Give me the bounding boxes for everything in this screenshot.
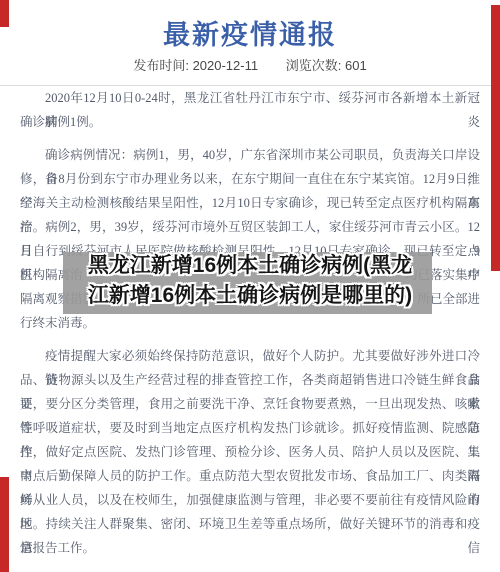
watermark-title-line1: 黑龙江新增16例本土确诊病例(黑龙 (30, 251, 470, 281)
text-line: 确诊病例情况：病例1，男，40岁，广东省深圳市某公司职员，负责海关口岸设备维 (20, 143, 480, 167)
publish-date-label: 发布时间: (133, 58, 189, 73)
watermark-title-line2: 江新增16例本土确诊病例是哪里的) (30, 281, 470, 311)
text-line: 2020年12月10日0-24时，黑龙江省牡丹江市东宁市、绥芬河市各新增本土新冠… (20, 86, 480, 110)
text-line: 品、货物源头以及生产经营过程的排查管控工作，各类商超销售进口冷链生鲜食品要索 (20, 368, 480, 392)
article-body: 2020年12月10日0-24时，黑龙江省牡丹江市东宁市、绥芬河市各新增本土新冠… (20, 86, 480, 569)
red-strip-right-decoration (491, 5, 500, 271)
text-line: 离点后勤保障人员的防护工作。重点防范大型农贸批发市场、食品加工厂、肉类海鲜市 (20, 464, 480, 488)
text-line: 性呼吸道症状，要及时到当地定点医疗机构发热门诊就诊。抓好疫情监测、院感防控工 (20, 416, 480, 440)
article-meta: 发布时间: 2020-12-11 浏览次数: 601 (0, 55, 500, 74)
text-line: 证，要分区分类管理，食用之前要洗干净、烹饪食物要煮熟，一旦出现发热、咳嗽等急 (20, 392, 480, 416)
text-line: 区。持续关注人群聚集、密闭、环境卫生差等重点场所，做好关键环节的消毒和疫情信 (20, 512, 480, 536)
watermark-title: 黑龙江新增16例本土确诊病例(黑龙 江新增16例本土确诊病例是哪里的) (30, 251, 470, 311)
paragraph: 2020年12月10日0-24时，黑龙江省牡丹江市东宁市、绥芬河市各新增本土新冠… (20, 86, 480, 134)
red-strip-top-left-decoration (0, 0, 9, 27)
page-title: 最新疫情通报 (0, 0, 500, 52)
views-count: 601 (345, 58, 367, 73)
text-line: 疗。病例2，男，39岁，绥芬河市境外互贸区装卸工人，家住绥芬河市青云小区。12月… (20, 215, 480, 239)
text-line: 行终末消毒。 (20, 311, 480, 335)
publish-date-value: 2020-12-11 (193, 58, 259, 73)
views-group: 浏览次数: 601 (286, 55, 367, 74)
text-line: 疫情提醒大家必须始终保持防范意识，做好个人防护。尤其要做好涉外进口冷链食 (20, 344, 480, 368)
views-label: 浏览次数: (286, 58, 342, 73)
red-strip-bottom-left-decoration (0, 477, 9, 572)
text-line: 场从业人员，以及在校师生，加强健康监测与管理，非必要不要前往有疫情风险的地 (20, 488, 480, 512)
publish-date-group: 发布时间: 2020-12-11 (133, 55, 258, 74)
article-header: 最新疫情通报 (0, 0, 500, 52)
text-line: 修，自8月份到东宁市办理业务以来，在东宁期间一直住在东宁某宾馆。12月9日，经东 (20, 167, 480, 191)
text-line: 作，做好定点医院、发热门诊管理、预检分诊、医务人员、陪护人员以及医院、集中隔 (20, 440, 480, 464)
text-line: 宁海关主动检测核酸结果呈阳性，12月10日专家确诊，现已转至定点医疗机构隔离治 (20, 191, 480, 215)
paragraph: 疫情提醒大家必须始终保持防范意识，做好个人防护。尤其要做好涉外进口冷链食品、货物… (20, 344, 480, 560)
